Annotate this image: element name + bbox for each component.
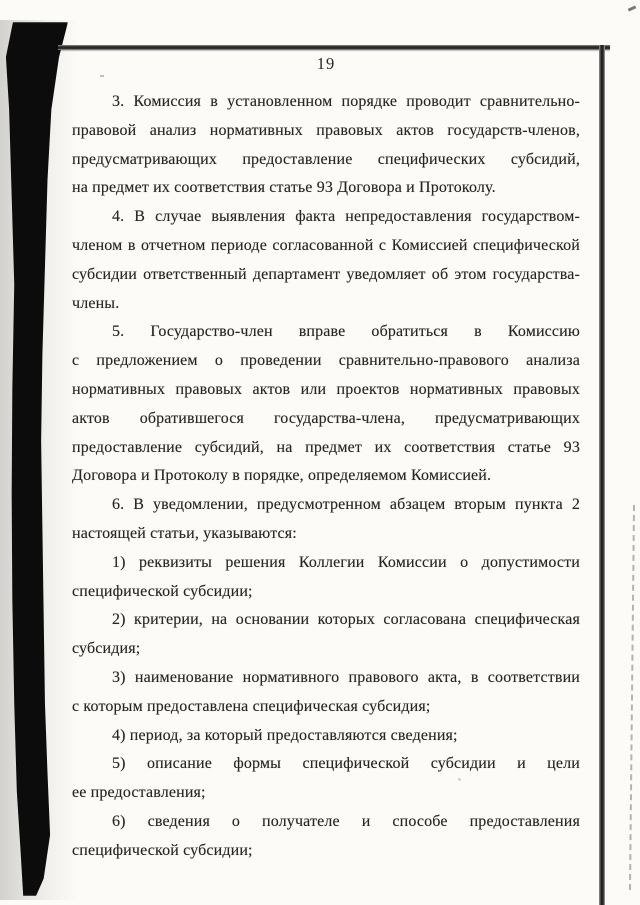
text-line: на предмет их соответствия статье 93 Дог… bbox=[72, 174, 580, 203]
text-line: с предложением о проведении сравнительно… bbox=[72, 347, 580, 376]
text-line: правовой анализ нормативных правовых акт… bbox=[72, 117, 580, 146]
text-line: предоставление субсидий, на предмет их с… bbox=[72, 434, 580, 463]
page-number: 19 bbox=[72, 54, 580, 74]
text-line: 2) критерии, на основании которых соглас… bbox=[72, 606, 580, 635]
text-line: нормативных правовых актов или проектов … bbox=[72, 376, 580, 405]
text-line: специфической субсидии; bbox=[72, 578, 580, 607]
text-line: специфической субсидии; bbox=[72, 837, 580, 866]
scan-speck-top-right bbox=[628, 5, 637, 11]
text-line: членом в отчетном периоде согласованной … bbox=[72, 232, 580, 261]
text-line: 5. Государство-член вправе обратиться в … bbox=[72, 318, 580, 347]
text-line: субсидии ответственный департамент уведо… bbox=[72, 261, 580, 290]
scanned-page: 19 3. Комиссия в установленном порядке п… bbox=[0, 0, 640, 905]
text-line: 3. Комиссия в установленном порядке пров… bbox=[72, 88, 580, 117]
text-line: настоящей статьи, указываются: bbox=[72, 520, 580, 549]
text-line: 3) наименование нормативного правового а… bbox=[72, 664, 580, 693]
text-line: 1) реквизиты решения Коллегии Комиссии о… bbox=[72, 549, 580, 578]
text-line: актов обратившегося государства-члена, п… bbox=[72, 405, 580, 434]
text-line: с которым предоставлена специфическая су… bbox=[72, 693, 580, 722]
text-line: 5) описание формы специфической субсидии… bbox=[72, 750, 580, 779]
scan-edge-dashed-line bbox=[629, 505, 635, 890]
page-border-right bbox=[599, 45, 605, 905]
page-border-top bbox=[58, 45, 610, 50]
text-line: ее предоставления; bbox=[72, 779, 580, 808]
text-lines: 3. Комиссия в установленном порядке пров… bbox=[72, 88, 580, 866]
text-line: 4) период, за который предоставляются св… bbox=[72, 722, 580, 751]
text-line: 6) сведения о получателе и способе предо… bbox=[72, 808, 580, 837]
scan-binding-shadow bbox=[4, 22, 68, 896]
text-line: предусматривающих предоставление специфи… bbox=[72, 146, 580, 175]
scan-speck bbox=[100, 75, 104, 77]
text-line: 6. В уведомлении, предусмотренном абзаце… bbox=[72, 491, 580, 520]
text-line: Договора и Протоколу в порядке, определя… bbox=[72, 462, 580, 491]
text-line: члены. bbox=[72, 290, 580, 319]
text-line: субсидия; bbox=[72, 635, 580, 664]
text-line: 4. В случае выявления факта непредоставл… bbox=[72, 203, 580, 232]
